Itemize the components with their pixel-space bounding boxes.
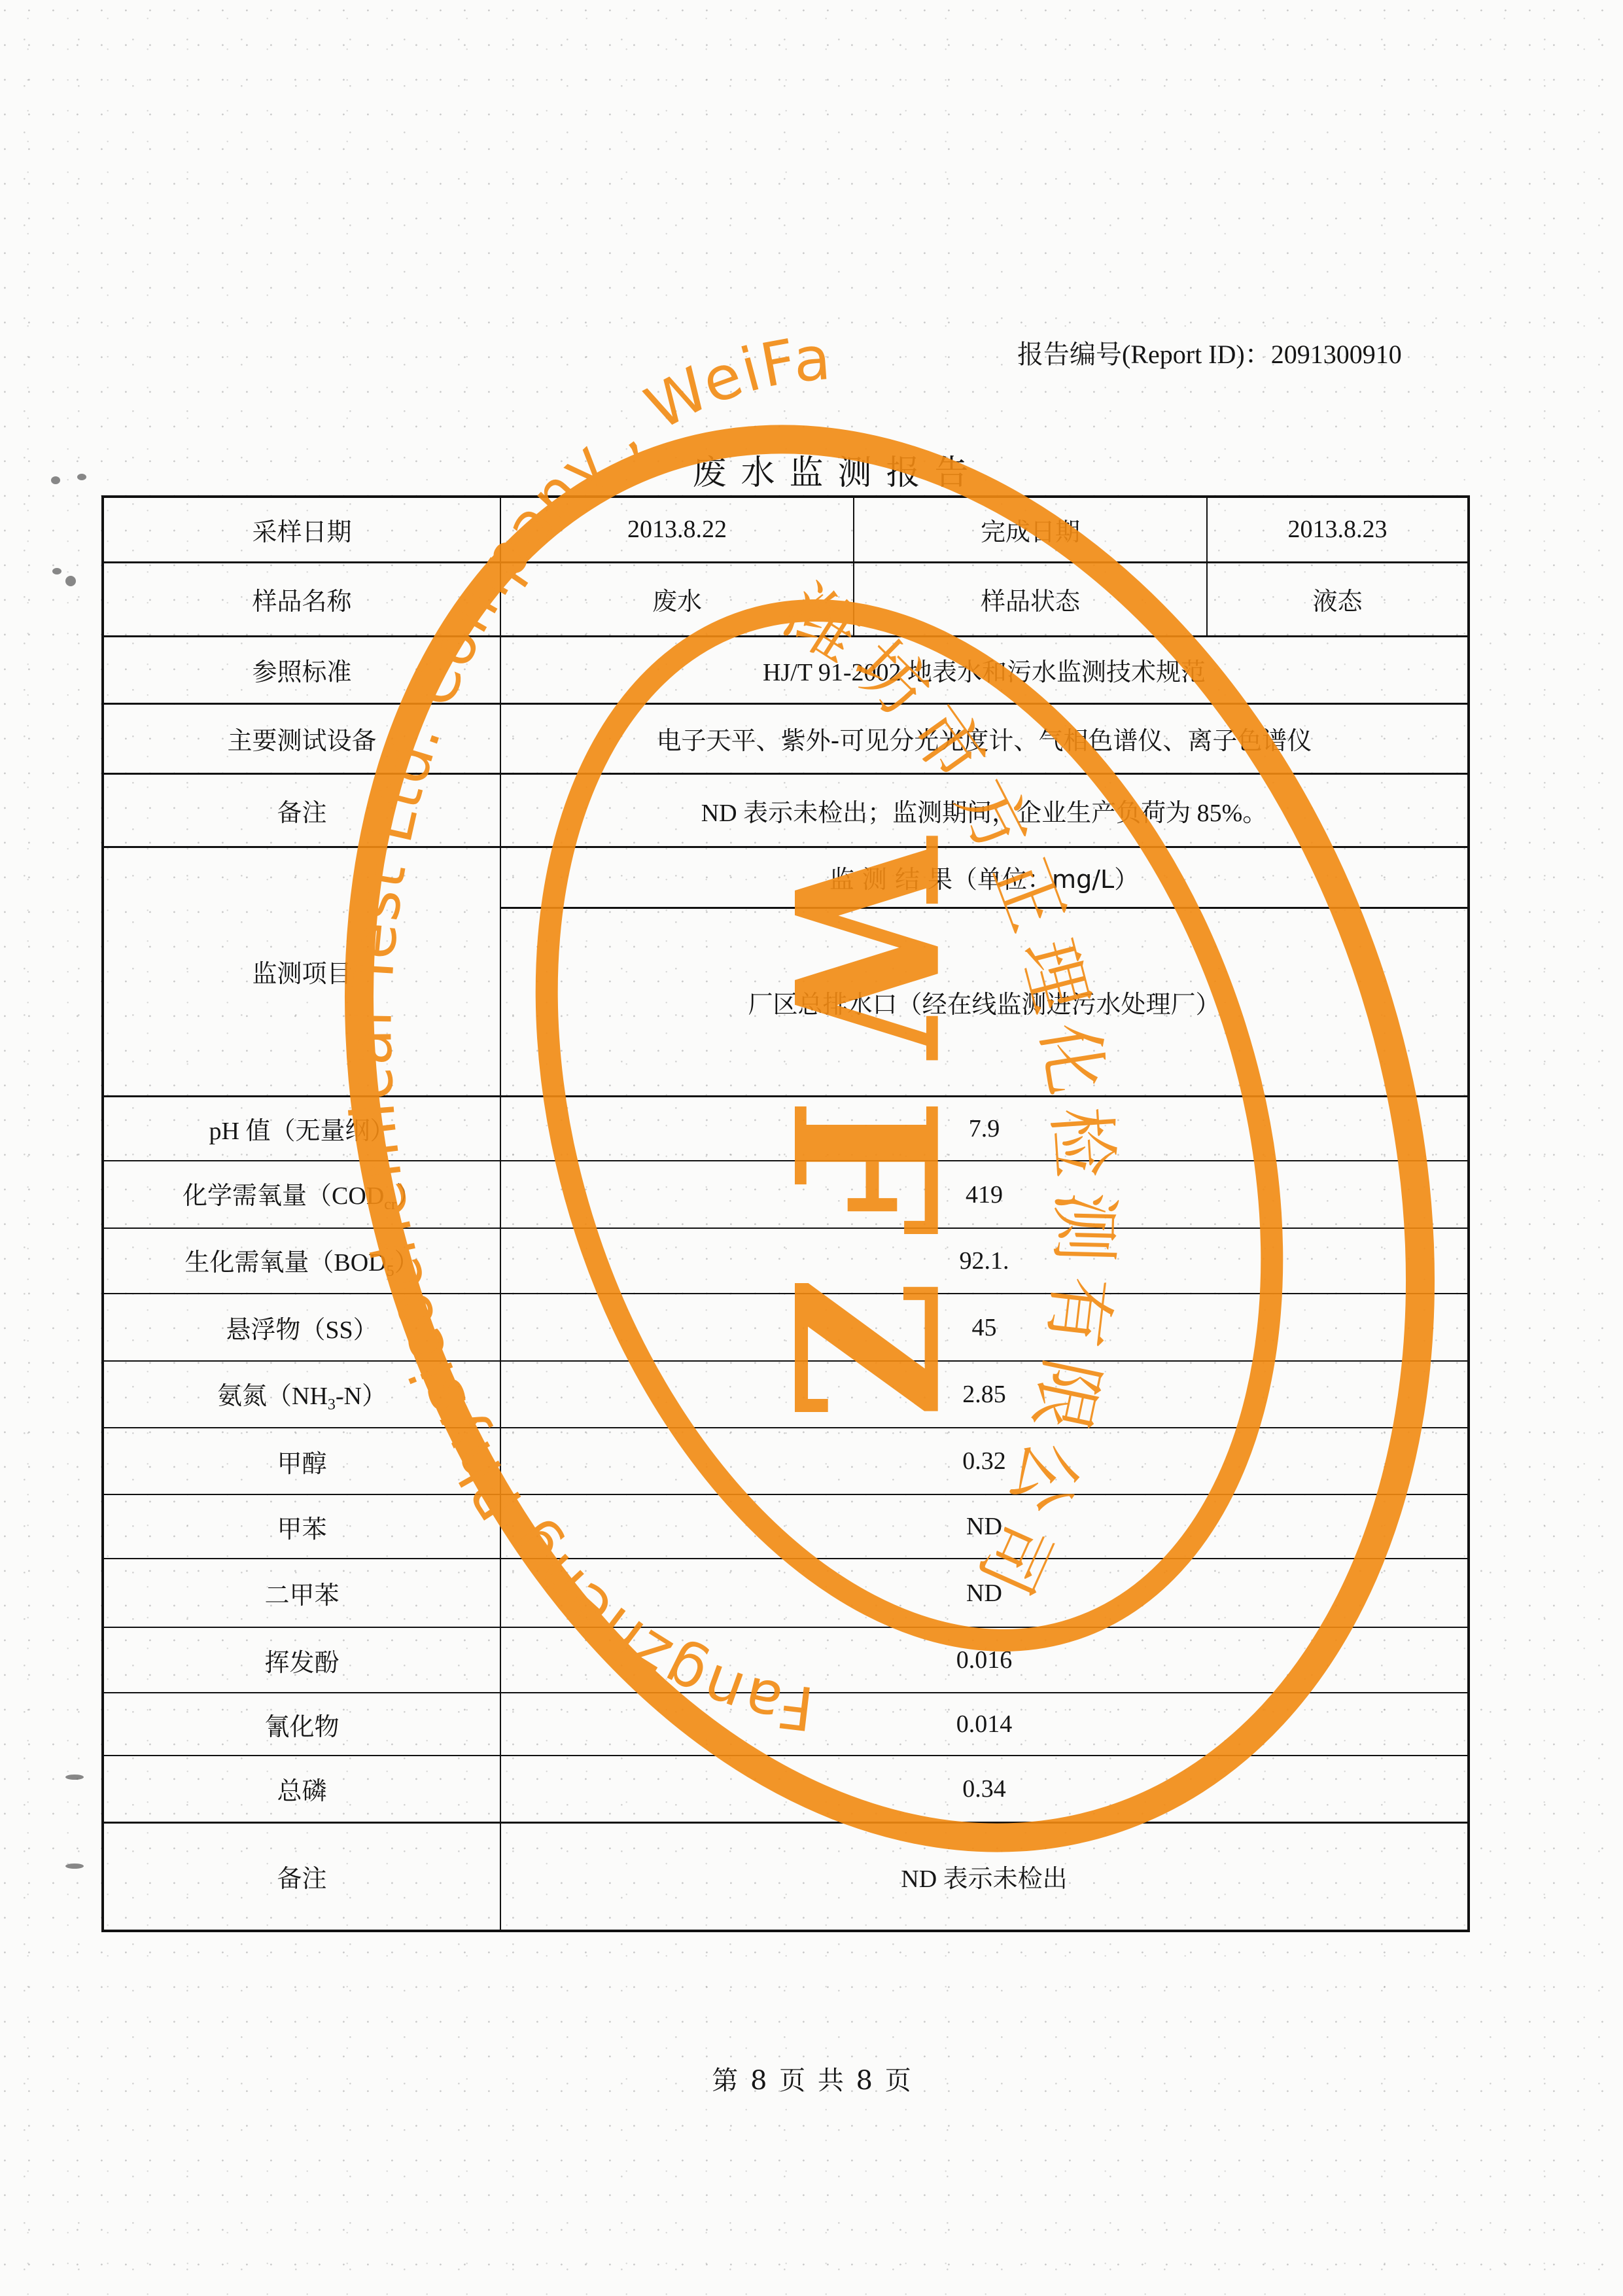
item-text-end: -N） xyxy=(336,1383,387,1410)
result-value: 0.32 xyxy=(500,1428,1469,1494)
remark-value: ND 表示未检出；监测期间，企业生产负荷为 85%。 xyxy=(500,773,1469,847)
result-value: ND xyxy=(500,1494,1469,1559)
item-text: 氨氮（NH xyxy=(217,1383,328,1410)
item-subscript: 5 xyxy=(387,1263,394,1280)
result-item: 生化需氧量（BOD5） xyxy=(103,1228,500,1294)
result-row: pH 值（无量纲） 7.9 xyxy=(103,1096,1469,1161)
result-item: 挥发酚 xyxy=(103,1627,500,1693)
binding-hole-mark xyxy=(65,1863,84,1869)
item-header: 监测项目 xyxy=(103,847,500,1096)
sample-name-label: 样品名称 xyxy=(103,562,500,636)
binding-hole-mark xyxy=(65,576,76,586)
result-item: pH 值（无量纲） xyxy=(103,1096,500,1161)
result-value: 0.34 xyxy=(500,1756,1469,1822)
binding-hole-mark xyxy=(65,1775,84,1780)
result-row: 甲醇 0.32 xyxy=(103,1428,1469,1494)
result-row: 化学需氧量（CODcr） 419 xyxy=(103,1161,1469,1228)
report-id-label: 报告编号(Report ID)： xyxy=(1017,340,1271,369)
row-results-header: 监测项目 监 测 结 果（单位：mg/L） xyxy=(103,847,1469,908)
item-text: 生化需氧量（BOD xyxy=(184,1249,386,1277)
binding-hole-mark xyxy=(52,568,61,574)
sample-name-value: 废水 xyxy=(500,562,854,636)
result-item: 氰化物 xyxy=(103,1693,500,1756)
standard-value: HJ/T 91-2002 地表水和污水监测技术规范 xyxy=(500,636,1469,703)
item-subscript: cr xyxy=(384,1196,396,1213)
result-value: 419 xyxy=(500,1161,1469,1228)
final-remark-value: ND 表示未检出 xyxy=(500,1822,1469,1931)
result-item: 化学需氧量（CODcr） xyxy=(103,1161,500,1228)
item-subscript: 3 xyxy=(328,1396,336,1413)
item-text: 化学需氧量（COD xyxy=(183,1182,384,1210)
result-value: 0.014 xyxy=(500,1693,1469,1756)
sampling-location: 厂区总排水口（经在线监测进污水处理厂） xyxy=(500,908,1469,1096)
result-row: 二甲苯 ND xyxy=(103,1559,1469,1627)
result-value: 7.9 xyxy=(500,1096,1469,1161)
row-sample: 样品名称 废水 样品状态 液态 xyxy=(103,562,1469,636)
report-id: 报告编号(Report ID)：2091300910 xyxy=(1017,334,1402,371)
result-item: 总磷 xyxy=(103,1756,500,1822)
row-remark: 备注 ND 表示未检出；监测期间，企业生产负荷为 85%。 xyxy=(103,773,1469,847)
result-item: 悬浮物（SS） xyxy=(103,1294,500,1361)
result-value: 92.1. xyxy=(500,1228,1469,1294)
result-row: 悬浮物（SS） 45 xyxy=(103,1294,1469,1361)
result-item: 氨氮（NH3-N） xyxy=(103,1361,500,1428)
row-dates: 采样日期 2013.8.22 完成日期 2013.8.23 xyxy=(103,497,1469,562)
result-value: 2.85 xyxy=(500,1361,1469,1428)
item-text-end: ） xyxy=(396,1182,421,1210)
result-row: 氰化物 0.014 xyxy=(103,1693,1469,1756)
document-title: 废水监测报告 xyxy=(0,445,1623,494)
equipment-value: 电子天平、紫外-可见分光光度计、气相色谱仪、离子色谱仪 xyxy=(500,703,1469,773)
result-row: 挥发酚 0.016 xyxy=(103,1627,1469,1693)
result-value: ND xyxy=(500,1559,1469,1627)
result-item: 甲苯 xyxy=(103,1494,500,1559)
sampling-date-value: 2013.8.22 xyxy=(500,497,854,562)
remark-label: 备注 xyxy=(103,773,500,847)
result-row: 甲苯 ND xyxy=(103,1494,1469,1559)
result-row: 氨氮（NH3-N） 2.85 xyxy=(103,1361,1469,1428)
completion-date-value: 2013.8.23 xyxy=(1207,497,1469,562)
report-table: 采样日期 2013.8.22 完成日期 2013.8.23 样品名称 废水 样品… xyxy=(101,495,1470,1932)
sample-state-value: 液态 xyxy=(1207,562,1469,636)
row-equipment: 主要测试设备 电子天平、紫外-可见分光光度计、气相色谱仪、离子色谱仪 xyxy=(103,703,1469,773)
page-number: 第 8 页 共 8 页 xyxy=(0,2060,1623,2097)
row-final-remark: 备注 ND 表示未检出 xyxy=(103,1822,1469,1931)
item-text-end: ） xyxy=(394,1249,419,1277)
standard-label: 参照标准 xyxy=(103,636,500,703)
result-item: 甲醇 xyxy=(103,1428,500,1494)
equipment-label: 主要测试设备 xyxy=(103,703,500,773)
completion-date-label: 完成日期 xyxy=(854,497,1207,562)
result-row: 生化需氧量（BOD5） 92.1. xyxy=(103,1228,1469,1294)
result-value: 0.016 xyxy=(500,1627,1469,1693)
results-header: 监 测 结 果（单位：mg/L） xyxy=(500,847,1469,908)
sampling-date-label: 采样日期 xyxy=(103,497,500,562)
row-standard: 参照标准 HJ/T 91-2002 地表水和污水监测技术规范 xyxy=(103,636,1469,703)
result-row: 总磷 0.34 xyxy=(103,1756,1469,1822)
result-value: 45 xyxy=(500,1294,1469,1361)
report-id-value: 2091300910 xyxy=(1271,340,1402,369)
result-item: 二甲苯 xyxy=(103,1559,500,1627)
sample-state-label: 样品状态 xyxy=(854,562,1207,636)
final-remark-label: 备注 xyxy=(103,1822,500,1931)
